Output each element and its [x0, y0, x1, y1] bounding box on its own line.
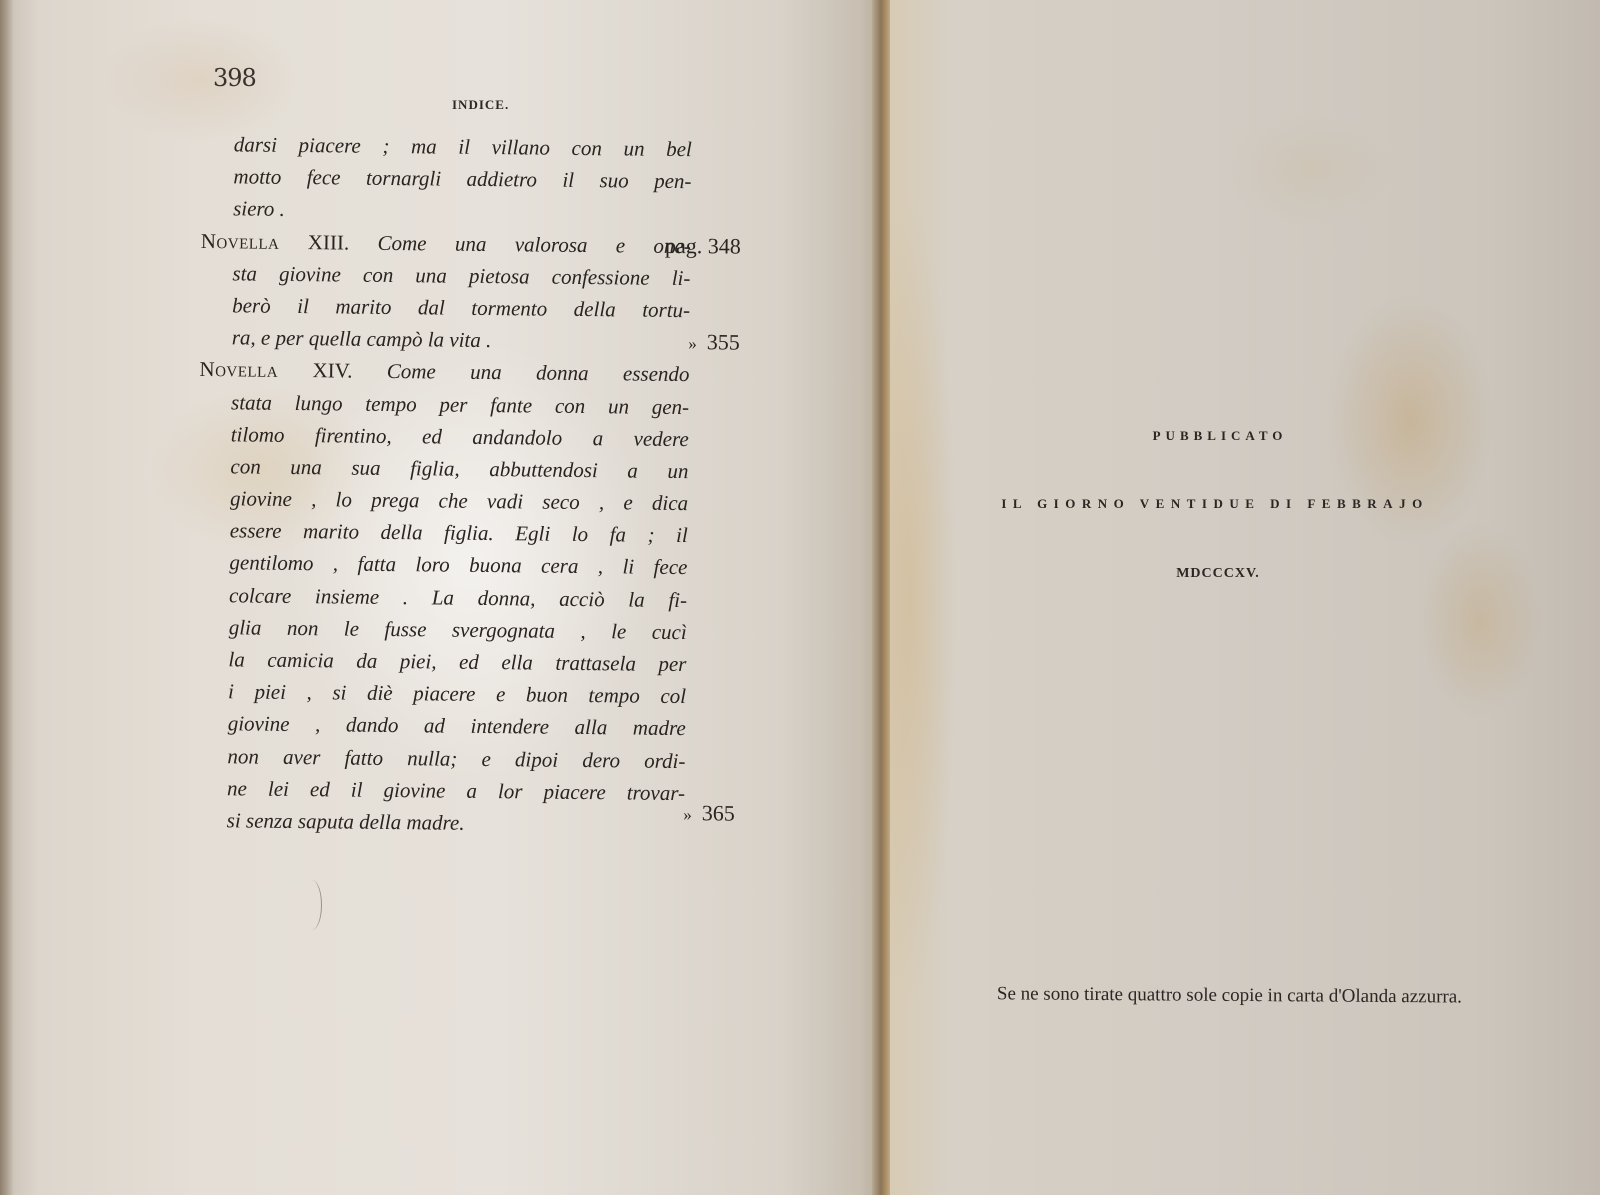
index-line-text: con una sua figlia, abbuttendosi a un [230, 450, 688, 487]
index-line-text: berò il marito dal tormento della tortu- [232, 289, 690, 326]
novella-label: Novella [201, 229, 280, 254]
index-line-text: darsi piacere ; ma il villano con un bel [234, 128, 692, 165]
page-reference: »365 [683, 797, 735, 832]
index-entries: darsi piacere ; ma il villano con un bel… [195, 128, 742, 842]
colophon-date: IL GIORNO VENTIDUE DI FEBBRAJO [915, 496, 1515, 512]
running-head: INDICE. [452, 97, 509, 113]
index-line-text: Come una donna essendo [387, 359, 690, 386]
page-number: 398 [213, 64, 256, 92]
colophon-published: PUBBLICATO [920, 428, 1520, 444]
index-line-text: essere marito della figlia. Egli lo fa ;… [230, 515, 688, 552]
index-line-text: non aver fatto nulla; e dipoi dero ordi- [227, 740, 685, 777]
ditto-marker: » [688, 334, 697, 353]
open-book-spread: 398 INDICE. darsi piacere ; ma il villan… [0, 0, 1600, 1195]
index-line-text: siero . [233, 193, 691, 230]
index-line: si senza saputa della madre. »365 [195, 804, 735, 842]
novella-number: XIII. [308, 230, 350, 254]
pencil-mark [302, 880, 322, 930]
print-run-note: Se ne sono tirate quattro sole copie in … [957, 982, 1477, 1010]
index-line-text: giovine , dando ad intendere alla madre [228, 708, 686, 745]
novella-label: Novella [199, 357, 278, 382]
index-line-text: giovine , lo prega che vadi seco , e dic… [230, 482, 688, 519]
index-line-text: gentilomo , fatta loro buona cera , li f… [229, 547, 687, 584]
colophon-year: MDCCCXV. [918, 566, 1518, 582]
index-line-text: tilomo firentino, ed andandolo a vedere [231, 418, 689, 455]
index-line-text: ra, e per quella campò la vita . [232, 321, 690, 358]
index-line-text: glia non le fusse svergognata , le cucì [229, 611, 687, 648]
index-line-text: i piei , si diè piacere e buon tempo col [228, 675, 686, 712]
page-reference: »355 [688, 326, 740, 361]
index-line-text: sta giovine con una pietosa confessione … [232, 257, 690, 294]
index-line-text: si senza saputa della madre. [227, 804, 685, 841]
index-line-text: Come una valorosa e one- [377, 230, 690, 257]
index-line-text: la camicia da piei, ed ella trattasela p… [228, 643, 686, 680]
right-page [890, 0, 1600, 1195]
index-line-text: stata lungo tempo per fante con un gen- [231, 386, 689, 423]
ditto-marker: » [683, 805, 692, 824]
novella-number: XIV. [312, 358, 352, 382]
index-line-text: motto fece tornargli addietro il suo pen… [233, 161, 691, 198]
index-line-text: colcare insieme . La donna, acciò la fi- [229, 579, 687, 616]
index-line-text: ne lei ed il giovine a lor piacere trova… [227, 772, 685, 809]
